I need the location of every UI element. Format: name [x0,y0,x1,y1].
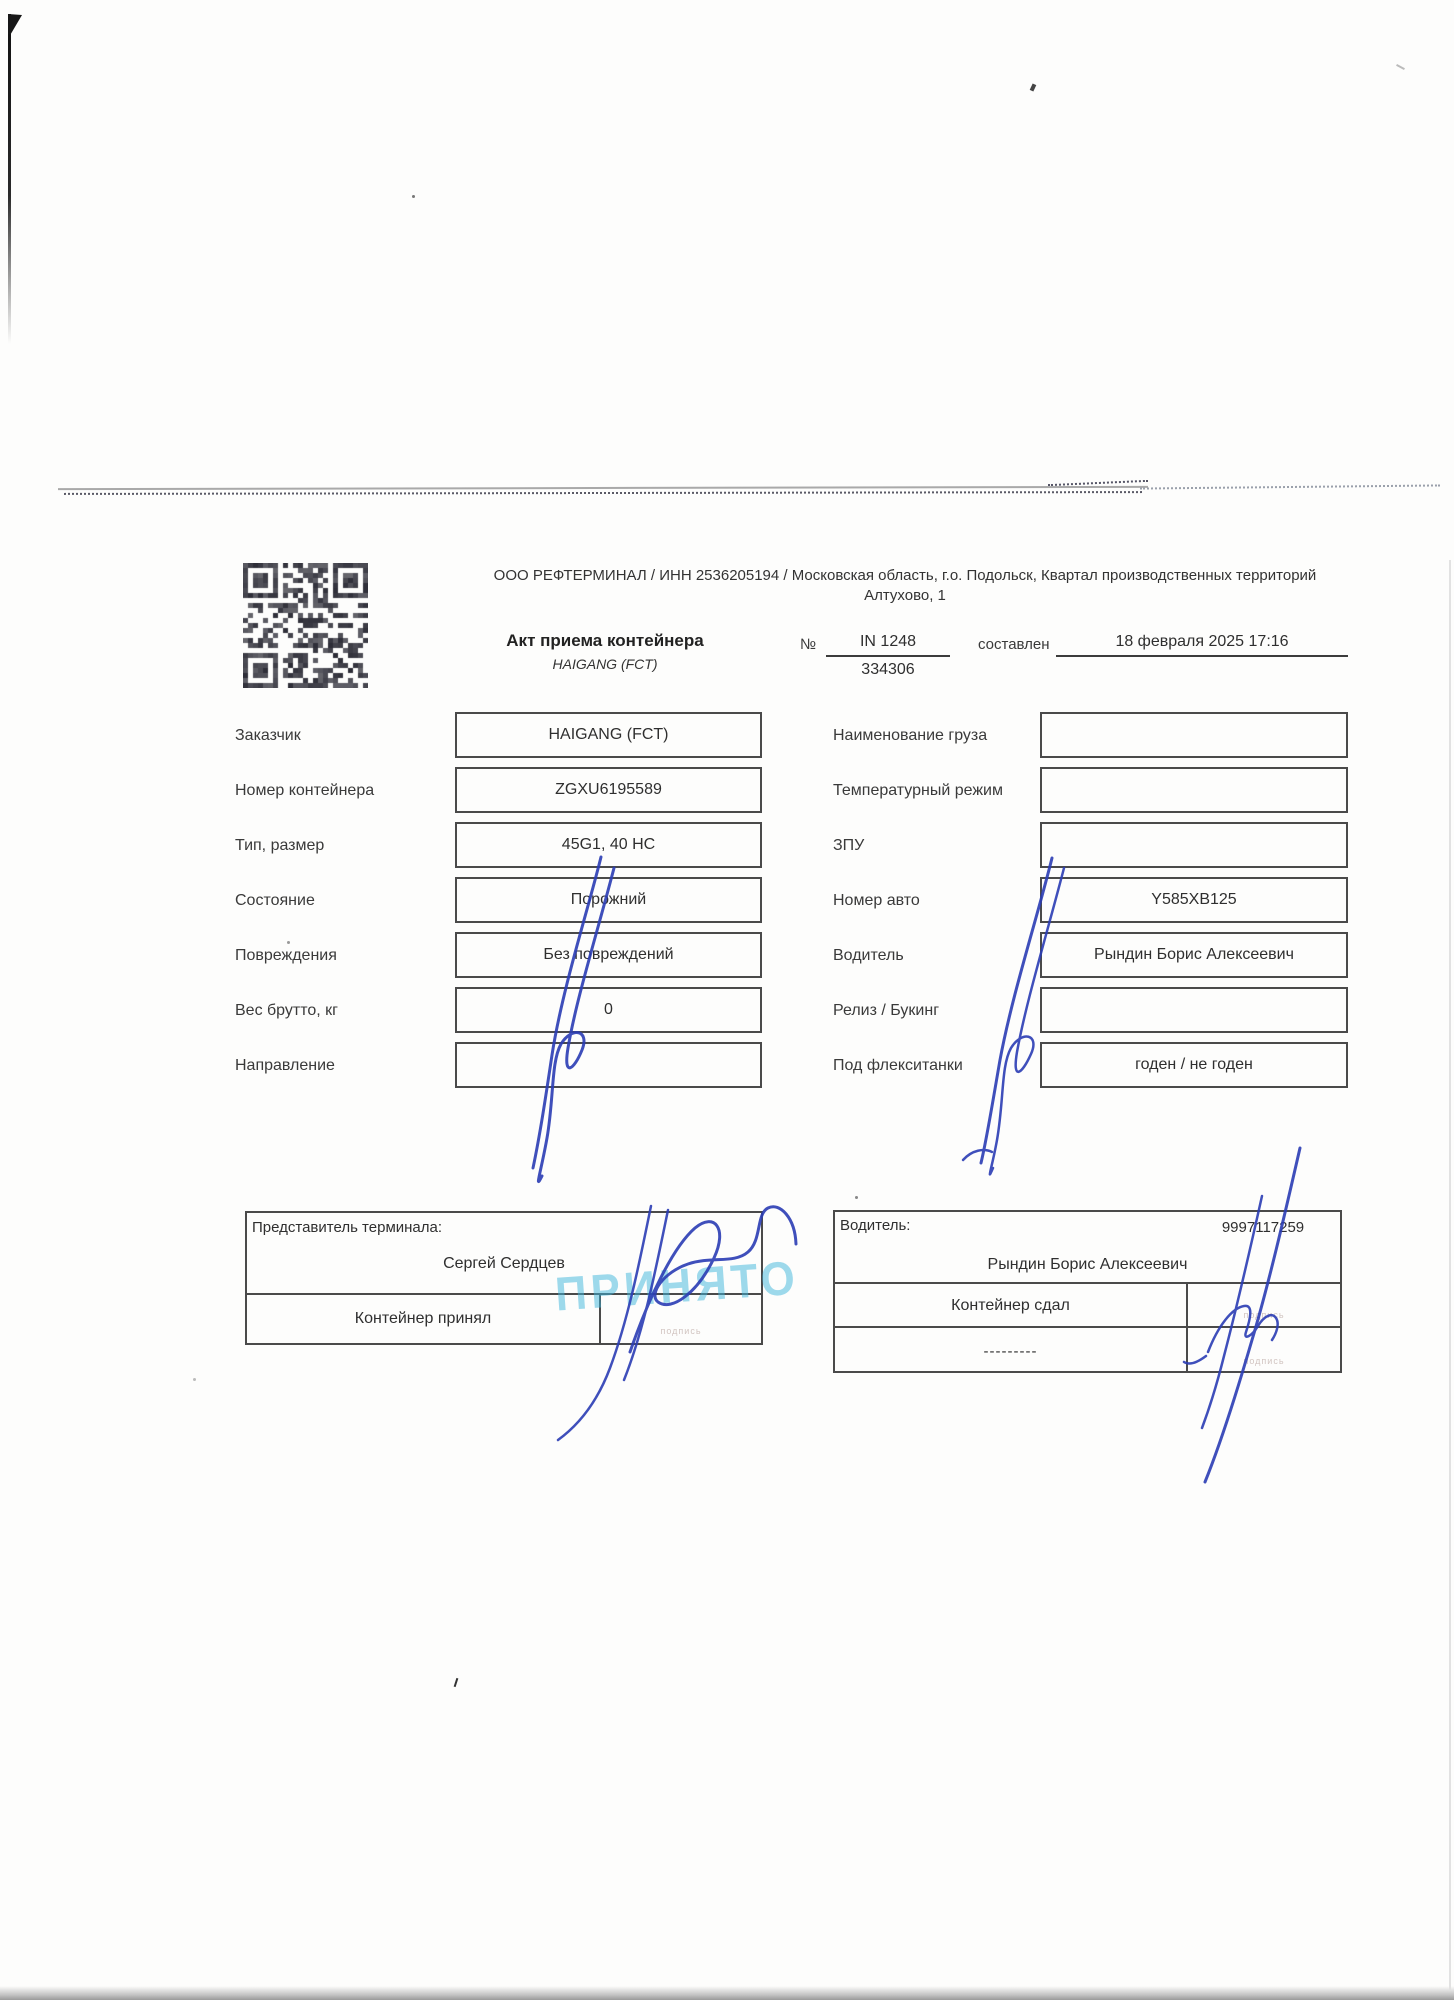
ink-signatures [450,830,1350,1500]
terminal-block-header: Представитель терминала: [252,1219,442,1236]
composed-date: 18 февраля 2025 17:16 [1056,633,1348,657]
label-type-size: Тип, размер [235,838,324,854]
label-cargo-name: Наименование груза [833,728,987,744]
scan-speck [287,941,290,944]
label-temperature-mode: Температурный режим [833,783,1003,799]
value-container-number-text: ZGXU6195589 [555,781,662,799]
signature-terminal-rep [533,857,796,1440]
scan-speck [1030,83,1037,91]
scan-bottom-edge [0,1986,1454,2000]
org-address: ООО РЕФТЕРМИНАЛ / ИНН 2536205194 / Моско… [390,566,1420,606]
label-damages: Повреждения [235,948,337,964]
label-direction: Направление [235,1058,335,1074]
value-container-number: ZGXU6195589 [455,767,762,813]
label-customer: Заказчик [235,728,301,744]
scan-corner-flag [8,14,22,34]
value-temperature-mode [1040,767,1348,813]
doc-subtitle: HAIGANG (FCT) [440,656,770,672]
doc-number-sub: 334306 [826,661,950,679]
label-container-number: Номер контейнера [235,783,374,799]
doc-title: Акт приема контейнера [440,631,770,651]
value-customer: HAIGANG (FCT) [455,712,762,758]
scan-fold-dotted-line-right [1140,484,1440,489]
scan-speck [412,195,415,198]
scan-right-edge [1449,560,1451,1990]
scan-fold-line [58,486,1148,490]
scan-fold-dotted-line [64,491,1142,495]
label-condition: Состояние [235,893,315,909]
doc-number-label: № [800,637,816,652]
value-customer-text: HAIGANG (FCT) [549,726,669,744]
doc-number-value: IN 1248 [826,633,950,657]
scan-speck [1396,64,1405,70]
qr-code [243,563,368,688]
scan-speck [193,1378,196,1381]
signature-right-column [963,858,1064,1174]
value-cargo-name [1040,712,1348,758]
scan-speck [454,1678,459,1687]
org-address-line2: Алтухово, 1 [390,586,1420,606]
org-address-line1: ООО РЕФТЕРМИНАЛ / ИНН 2536205194 / Моско… [390,566,1420,586]
scan-corner-mark [8,14,11,344]
scanned-document-page: ООО РЕФТЕРМИНАЛ / ИНН 2536205194 / Моско… [0,0,1454,2000]
composed-label: составлен [978,637,1050,652]
signature-driver [1184,1148,1300,1482]
label-gross-weight: Вес брутто, кг [235,1003,338,1019]
